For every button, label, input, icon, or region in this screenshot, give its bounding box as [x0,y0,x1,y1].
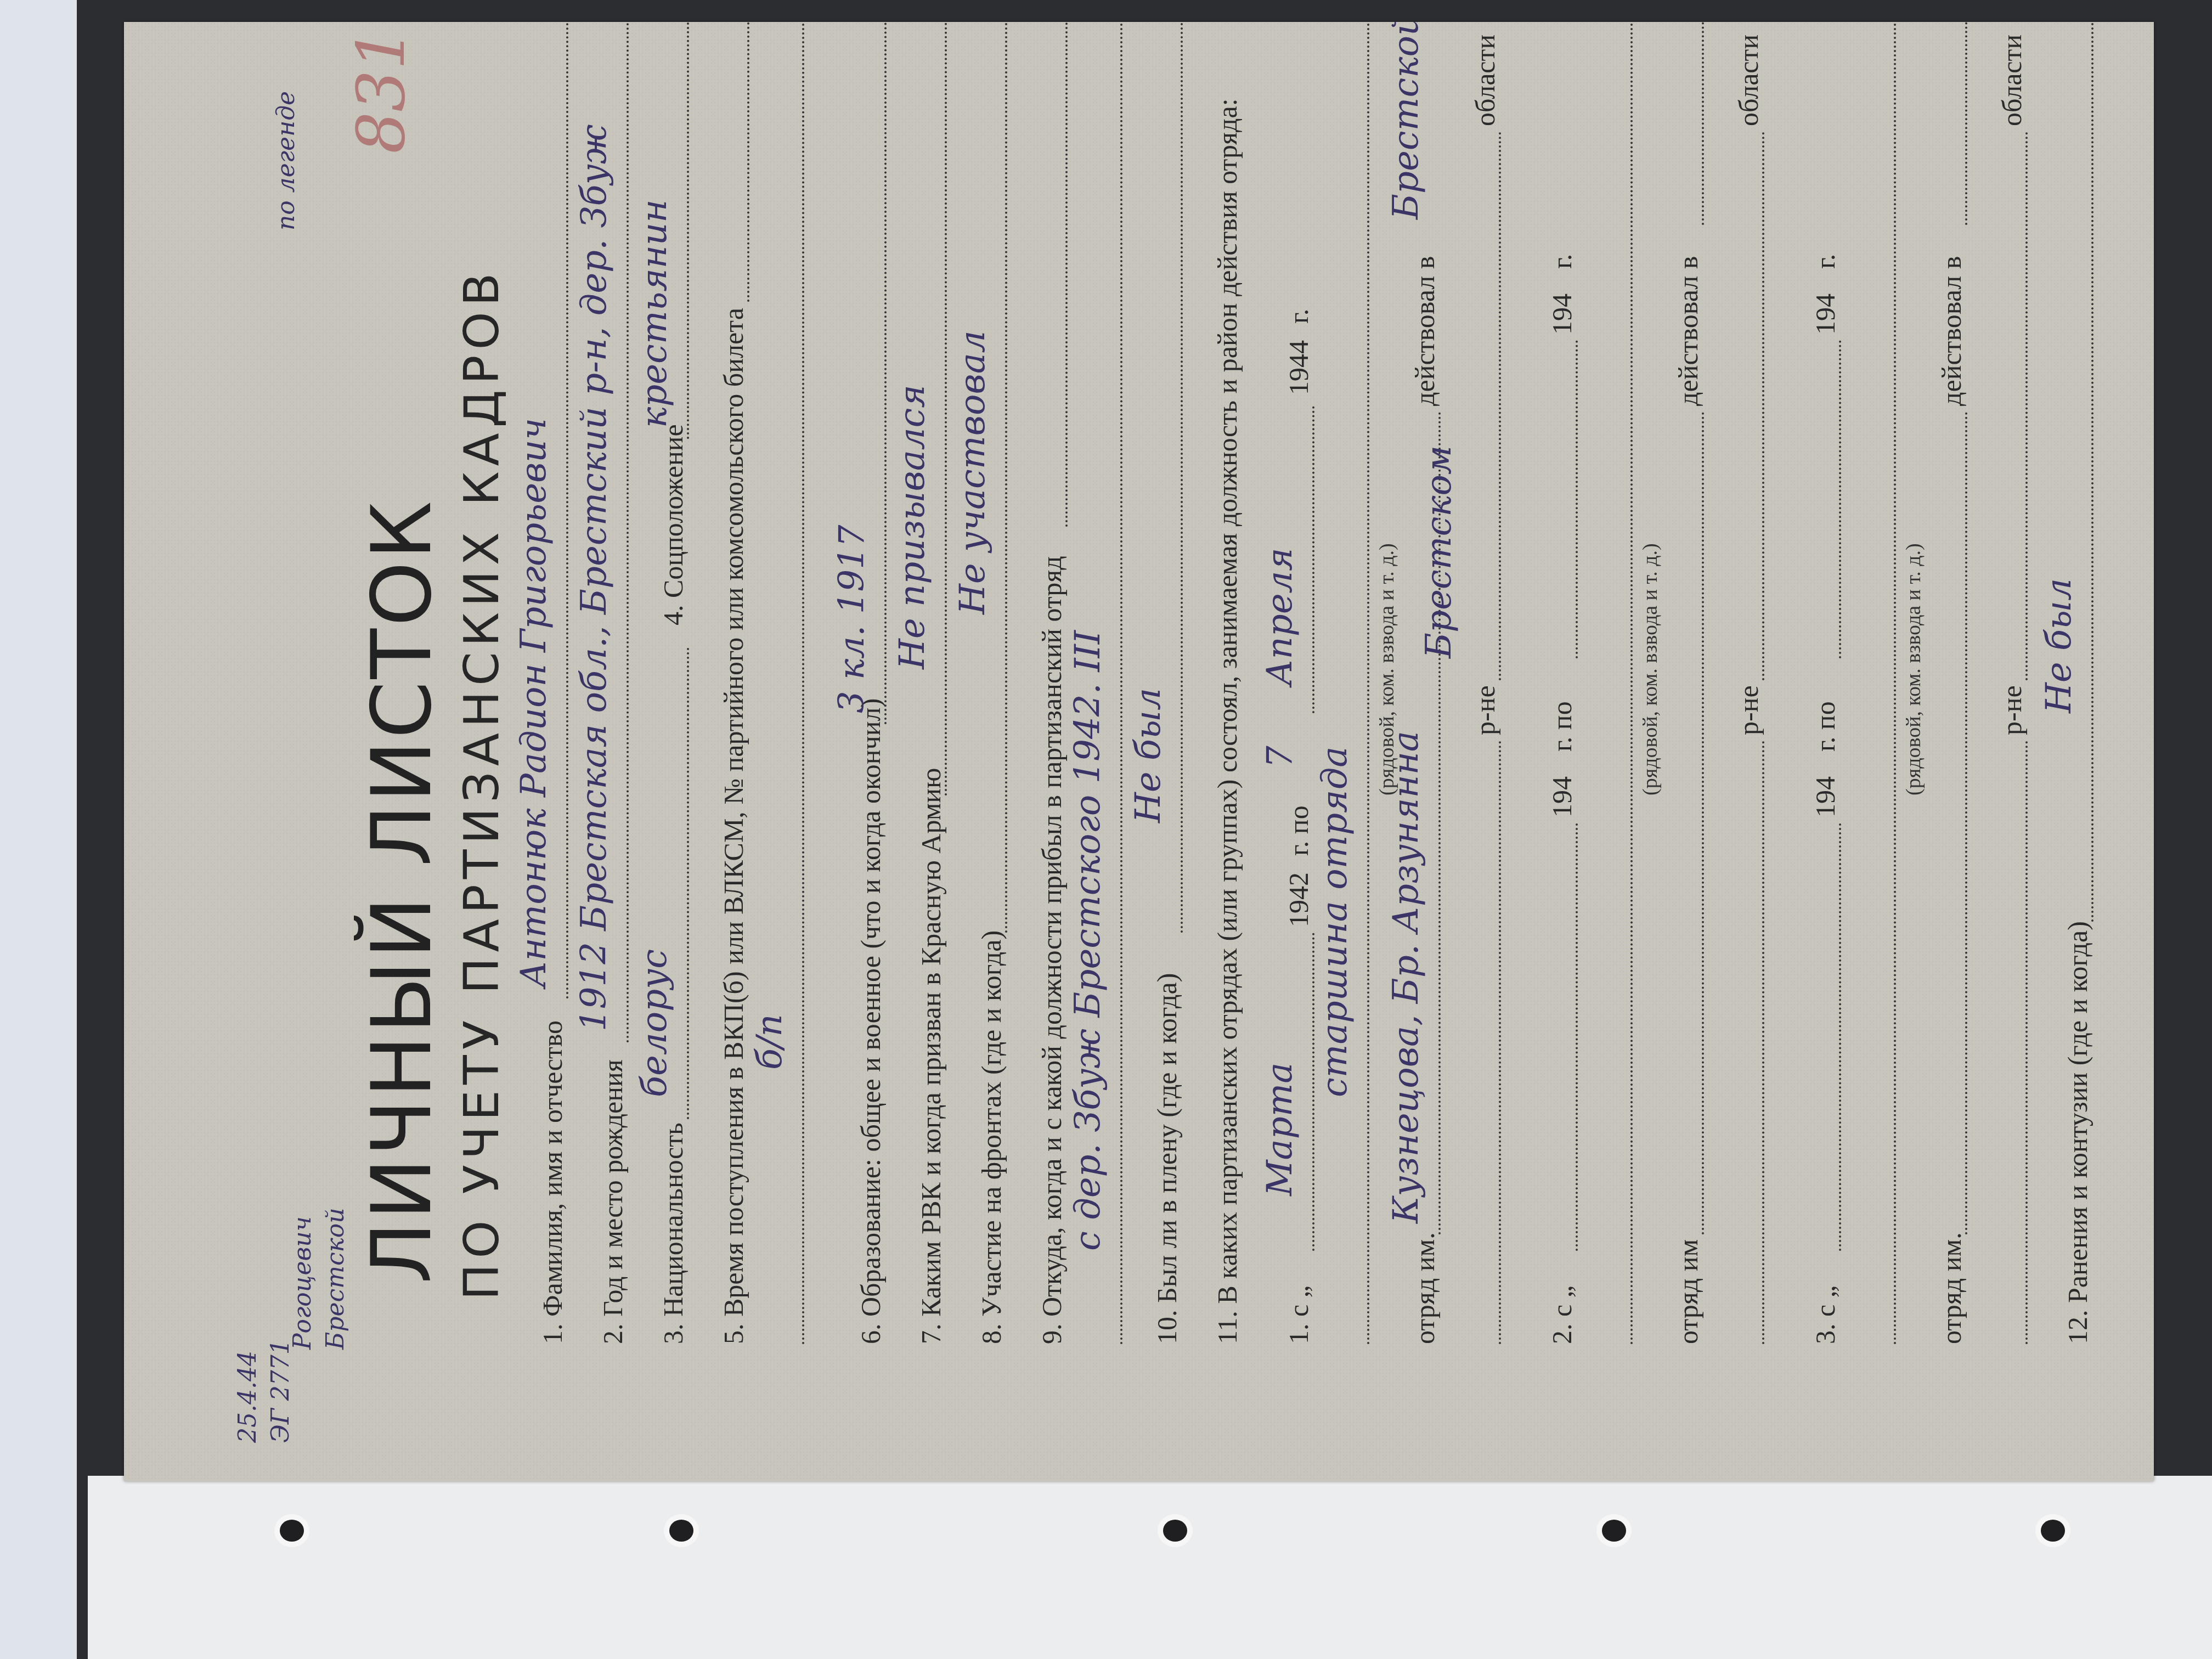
field-row-3-4: 3. Национальность белорус 4. Соцположени… [640,22,695,1481]
field-value-party: б/п [749,1014,790,1070]
field-value-arrival: с дер. Збуж Брестского 1942. III [1068,630,1108,1251]
field-row-5-cont: б/п [755,22,810,1481]
entry-from-year: 194 [1809,776,1841,817]
field-value-name: Антонюк Радион Григорьевич [513,418,554,988]
service-entry-1-unit: отряд им. Кузнецова, Бр. Арзунянна дейст… [1391,22,1446,1481]
field-value-fronts: Не участвовал [952,330,993,614]
service-entry-2-area: р-не области [1715,22,1770,1481]
field-label: Ранения и контузии (где и когда) [2062,921,2093,1303]
field-row-9-cont: с дер. Збуж Брестского 1942. III [1073,22,1128,1481]
entry-acted-label: действовал в [1672,256,1704,406]
field-label: Национальность [658,1122,689,1317]
entry-to-prefix: г. по [1283,805,1314,856]
field-line [1032,22,1068,527]
punch-hole [1602,1520,1626,1542]
field-value-nationality: белорус [634,949,675,1097]
field-value-wounds: Не был [2039,578,2079,713]
field-row-9: 9. Откуда, когда и с какой должности при… [1018,22,1073,1481]
service-entry-3-dates: 3. с „ 194 г. по 194 г. [1792,22,1847,1481]
field-line [1669,411,1704,1234]
field-row-8: 8. Участие на фронтах (где и когда) Не у… [958,22,1013,1481]
punch-hole [2041,1520,2065,1542]
field-line [2058,22,2093,922]
entry-to-prefix: г. по [1546,701,1578,752]
margin-note-date: 25.4.44 [234,1351,262,1443]
entry-unit-label: отряд им. [1936,1232,1967,1344]
field-row-2: 2. Год и место рождения 1912 Брестская о… [579,22,634,1481]
entry-unit-label: отряд им [1672,1239,1704,1344]
field-label: Год и место рождения [597,1059,628,1317]
entry-district-label: р-не [1469,685,1501,735]
field-number: 5. [718,1324,749,1345]
field-number: 2. [597,1324,628,1345]
field-number: 8. [976,1324,1007,1345]
field-row-7: 7. Каким РВК и когда призван в Красную А… [898,22,952,1481]
red-stamp-number: 831 [343,28,420,154]
document-title: ЛИЧНЫЙ ЛИСТОК [354,499,450,1284]
entry-unit-label: отряд им. [1409,1232,1441,1344]
entry-region-label: области [1733,35,1764,126]
field-value-army: Не призывался [892,385,933,669]
field-row-11: 11. В каких партизанских отрядах (или гр… [1194,22,1249,1481]
entry-number: 2. [1547,1324,1577,1345]
field-value-social: крестьянин [634,200,675,428]
entry-number: 3. [1810,1324,1841,1345]
margin-note-region: Брестской [321,1207,349,1350]
margin-note-code: ЭГ 2771 [267,1339,295,1443]
rotated-form: 25.4.44 ЭГ 2771 Рогоцевич Брестской ЛИЧН… [124,22,2154,1481]
entry-year-suffix: г. [1546,254,1578,269]
service-entry-1-position: старшина отряда (рядовой, ком. взвода и … [1320,22,1375,1481]
entry-region-label: области [1469,35,1501,126]
field-line [1729,741,1764,1344]
field-row-10: 10. Был ли в плену (где и когда) Не был [1133,22,1188,1481]
entry-to-year: 194 [1809,294,1841,335]
entry-district-label: р-не [1733,685,1764,735]
field-number: 3. [658,1324,689,1345]
service-entry-1-dates: 1. с „ Марта 1942 г. по 7 Апреля 1944 г. [1265,22,1320,1481]
field-line [1334,22,1369,1344]
field-label: Время поступления в ВКП(б) или ВЛКСМ, № … [718,308,749,1317]
field-line [1466,132,1501,680]
entry-to-year: 194 [1546,294,1578,335]
field-line [1932,411,1967,1234]
entry-to-month: Апреля [1260,548,1300,686]
field-number: 6. [855,1324,886,1345]
document-sheet: 25.4.44 ЭГ 2771 Рогоцевич Брестской ЛИЧН… [124,22,2154,1481]
entry-from-prefix: с [1810,1305,1841,1317]
punch-hole [280,1520,304,1542]
entry-position: старшина отряда [1314,747,1355,1097]
entry-to-year: 1944 [1283,340,1314,395]
field-label: Образование: общее и военное (что и когд… [855,698,886,1317]
service-entry-2-dates: 2. с „ 194 г. по 194 г. [1528,22,1583,1481]
punch-hole [669,1520,693,1542]
entry-to-day: 7 [1260,746,1300,768]
entry-from-prefix: с [1547,1305,1577,1317]
field-row-1: 1. Фамилия, имя и отчество Антонюк Радио… [519,22,574,1481]
field-line [1543,340,1578,658]
field-number: 10. [1152,1310,1182,1345]
entry-region-label: области [1996,35,2028,126]
field-label: Участие на фронтах (где и когда) [976,930,1007,1317]
field-row-5: 5. Время поступления в ВКП(б) или ВЛКСМ,… [700,22,755,1481]
entry-from-month: Марта [1260,1063,1300,1197]
field-row-6: 6. Образование: общее и военное (что и к… [837,22,892,1481]
entry-to-prefix: г. по [1809,701,1841,752]
entry-number: 1. [1283,1324,1314,1345]
entry-unit: Кузнецова, Бр. Арзунянна [1386,731,1426,1223]
service-entry-3-position: (рядовой, ком. взвода и т. д.) [1847,22,1901,1481]
field-value-education: 3 кл. 1917 [832,524,872,713]
field-row-12: 12. Ранения и контузии (где и когда) Не … [2044,22,2099,1481]
field-number: 4. [658,605,689,626]
field-value-captivity: Не был [1128,688,1169,823]
field-label: Фамилия, имя и отчество [537,1020,568,1317]
entry-district: Брестском [1419,445,1459,658]
service-entry-1-area: р-не Брестском области [1452,22,1506,1481]
field-line [1598,22,1633,1344]
field-number: 12. [2062,1310,2093,1345]
field-line [1669,22,1704,225]
field-line [1466,741,1501,1344]
entry-from-prefix: с [1283,1305,1314,1317]
entry-district-label: р-не [1996,685,2028,735]
document-subtitle: ПО УЧЕТУ ПАРТИЗАНСКИХ КАДРОВ [453,268,510,1300]
field-line [769,22,804,1344]
binder-strip [88,1476,2212,1659]
field-number: 1. [537,1324,568,1345]
entry-year-suffix: г. [1283,309,1314,324]
field-value-birth: 1912 Брестская обл., Брестский р-н, дер.… [574,124,614,1031]
field-number: 9. [1036,1324,1067,1345]
entry-region-value: Брестской [1386,22,1426,219]
field-label: Откуда, когда и с какой должности прибыл… [1036,556,1067,1317]
margin-note-name: Рогоцевич [289,1216,317,1350]
field-label: Каким РВК и когда призван в Красную Арми… [916,768,946,1317]
field-line [1993,132,2028,680]
field-label: Был ли в плену (где и когда) [1152,973,1182,1303]
field-number: 7. [916,1324,946,1345]
field-line [714,22,749,302]
entry-acted-label: действовал в [1936,256,1967,406]
field-line [1932,22,1967,225]
field-label: Соцположение [658,424,689,598]
entry-year-suffix: г. [1809,254,1841,269]
field-line [1861,22,1896,1344]
entry-acted-label: действовал в [1409,256,1441,406]
field-line [1806,340,1841,658]
service-entry-3-unit: отряд им. действовал в [1918,22,1973,1481]
service-entry-2-position: (рядовой, ком. взвода и т. д.) [1583,22,1638,1481]
entry-from-year: 1942 [1283,872,1314,927]
corner-note: по легенде [272,91,300,230]
field-line [1729,132,1764,680]
service-entry-2-unit: отряд им действовал в [1655,22,1709,1481]
entry-from-year: 194 [1546,776,1578,817]
service-entry-3-area: р-не области [1978,22,2033,1481]
field-line [1993,741,2028,1344]
punch-hole [1163,1520,1187,1542]
field-number: 11. [1212,1311,1243,1344]
field-line [1806,823,1841,1251]
field-label: В каких партизанских отрядах (или группа… [1212,98,1243,1304]
field-line [1543,823,1578,1251]
